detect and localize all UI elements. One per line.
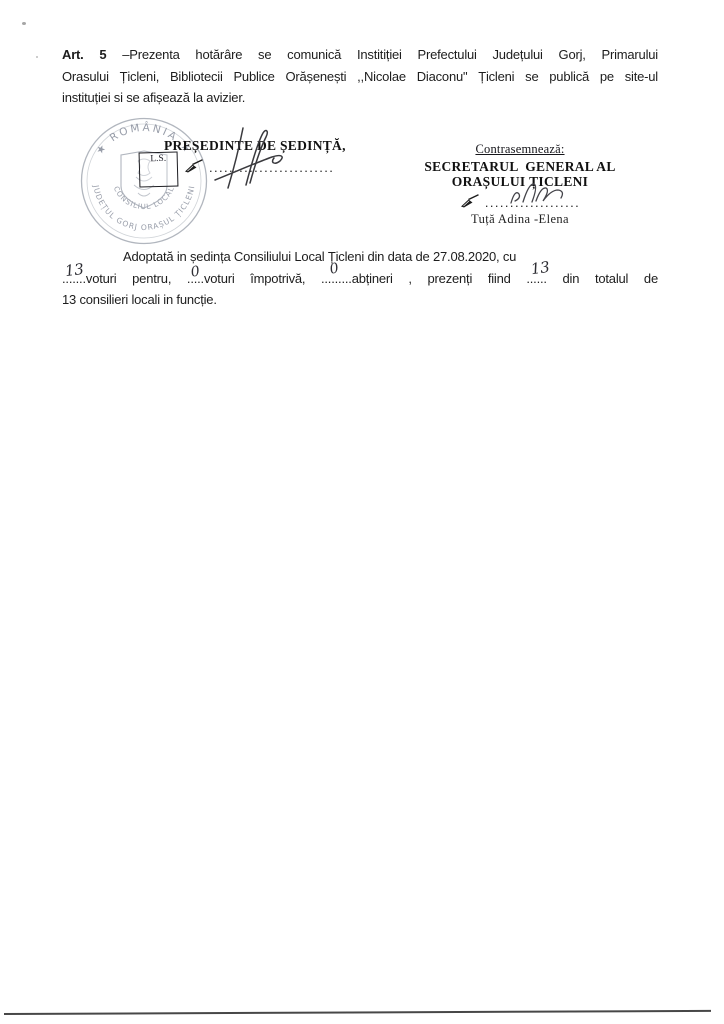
dotted-gap: ...... [526,271,546,286]
dotted-gap: ....... [62,271,86,286]
scanned-document-page: Art. 5 –Prezenta hotărâre se comunică In… [0,0,724,1024]
president-dotted-line: ......................... [209,162,334,174]
dotted-gap: ..... [187,271,204,286]
president-signature-line: ......................... [158,159,378,174]
pen-icon [184,159,204,174]
adoption-line-3: 13 consilieri locali in funcție. [62,289,658,311]
adoption-line-1: Adoptată in ședința Consiliului Local Ți… [62,246,658,268]
article-line-1-text: –Prezenta hotărâre se comunică Institiți… [106,47,658,62]
votes-against-gap: .....0 [187,271,204,286]
present-count-gap: ......13 [526,271,546,286]
article-line-2: Orasului Țicleni, Bibliotecii Publice Or… [62,66,658,88]
countersign-label: Contrasemnează: [415,142,625,157]
secretary-signature-block: Contrasemnează: SECRETARUL GENERAL AL OR… [415,142,625,227]
votes-for-gap: .......13 [62,271,86,286]
votes-text-1: voturi pentru, [86,271,187,286]
secretary-title-line-1: SECRETARUL GENERAL AL [415,159,625,174]
adoption-votes-line: .......13voturi pentru, .....0voturi împ… [62,268,658,290]
scan-speck [36,56,38,58]
president-signature-block: PREȘEDINTE DE ȘEDINȚĂ, .................… [158,138,378,174]
article-line-3: instituției si se afișează la avizier. [62,87,658,109]
scan-speck [22,22,26,25]
abstentions-gap: .........0 [321,271,352,286]
votes-text-2: voturi împotrivă, [204,271,321,286]
adoption-paragraph: Adoptată in ședința Consiliului Local Ți… [62,246,658,311]
secretary-signature-line: ................... [415,194,625,209]
article-line-1: Art. 5 –Prezenta hotărâre se comunică In… [62,44,658,66]
votes-text-4: din totalul de [547,271,658,286]
secretary-title-line-2: ORAȘULUI ȚICLENI [415,174,625,189]
secretary-dotted-line: ................... [485,197,580,209]
scan-edge-line [4,1010,711,1015]
president-title: PREȘEDINTE DE ȘEDINȚĂ, [164,138,378,154]
secretary-name: Tuță Adina -Elena [415,212,625,227]
article-number: Art. 5 [62,47,106,62]
votes-text-3: abțineri , prezenți fiind [352,271,527,286]
article-paragraph: Art. 5 –Prezenta hotărâre se comunică In… [62,44,658,109]
dotted-gap: ......... [321,271,352,286]
pen-icon [460,194,480,209]
